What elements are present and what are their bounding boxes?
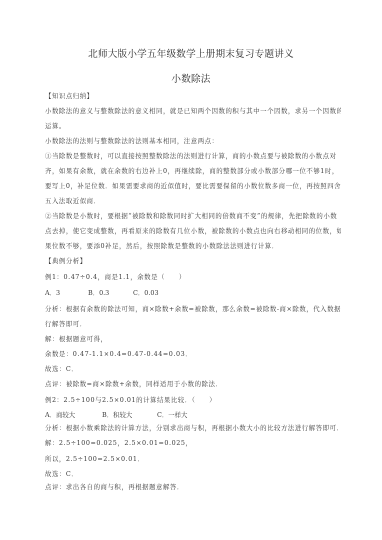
knowledge-line: 小数除法的法则与整数除法的法则基本相同，注意两点： — [45, 137, 341, 145]
example2-option-a: A．商较大 — [45, 411, 75, 419]
example2-analysis: 分析：根据小数乘除法的计算方法，分别求出商与积，再根据小数大小的比较方法进行解答… — [45, 424, 341, 432]
example2-conclusion: 所以，2.5÷100=2.5×0.01． — [45, 455, 341, 463]
knowledge-line: 要写上0，补足位数．如果需要求商的近似值时，要比需要保留的小数位数多商一位，再按… — [45, 182, 341, 190]
example2-answer: 故选：C． — [45, 470, 341, 478]
example2-question: 例2：2.5÷100与2.5×0.01的计算结果比较．（ ） — [45, 396, 341, 404]
example1-analysis: 分析：根据有余数的除法可知，商×除数+余数=被除数，那么余数=被除数-商×除数，… — [45, 305, 341, 313]
knowledge-line: 点去掉，使它变成整数，再看原来的除数有几位小数，被除数的小数点也向右移动相同的位… — [45, 227, 341, 235]
example1-option-b: B．0.3 — [88, 289, 109, 297]
example1-answer: 故选：C． — [45, 365, 341, 373]
document-page: 北师大版小学五年级数学上册期末复习专题讲义 小数除法 【知识点归纳】 小数除法的… — [0, 0, 382, 540]
example1-option-c: C．0.03 — [133, 289, 159, 297]
example1-options: A．3 B．0.3 C．0.03 — [45, 289, 345, 297]
knowledge-line: 小数除法的意义与整数除法的意义相同，就是已知两个因数的积与其中一个因数，求另一个… — [45, 107, 341, 115]
example2-solution: 解：2.5÷100=0.025，2.5×0.01=0.025， — [45, 439, 341, 447]
knowledge-line: ②当除数是小数时，要根据“被除数和除数同时扩大相同的倍数商不变”的规律，先把除数… — [45, 212, 341, 220]
document-title: 北师大版小学五年级数学上册期末复习专题讲义 — [0, 46, 382, 60]
example1-analysis: 行解答即可． — [45, 320, 341, 328]
example2-option-c: C．一样大 — [157, 411, 187, 419]
example1-question: 例1：0.47÷0.4，商是1.1，余数是（ ） — [45, 273, 341, 281]
document-subtitle: 小数除法 — [0, 71, 382, 85]
example2-comment: 点评：求出各自的商与积，再根据题意解答． — [45, 483, 341, 491]
knowledge-line: 齐，如果有余数，就在余数的右边补上0，再继续除，商的整数部分或小数部分哪一位不够… — [45, 167, 341, 175]
knowledge-line: 果位数不够，要添0补足，然后，按照除数是整数的小数除法法则进行计算． — [45, 242, 341, 250]
example1-solution: 余数是：0.47-1.1×0.4=0.47-0.44=0.03． — [45, 350, 341, 358]
knowledge-heading: 【知识点归纳】 — [45, 92, 341, 100]
knowledge-line: 五入法取近似商． — [45, 197, 341, 205]
examples-heading: 【典例分析】 — [45, 257, 341, 265]
example2-option-b: B．积较大 — [102, 411, 132, 419]
knowledge-line: ①当除数是整数时，可以直接按照整数除法的法则进行计算，商的小数点要与被除数的小数… — [45, 152, 341, 160]
example1-comment: 点评：被除数=商×除数+余数，同样适用于小数的除法． — [45, 380, 341, 388]
example1-solution-label: 解：根据题意可得， — [45, 335, 341, 343]
knowledge-line: 运算。 — [45, 122, 341, 130]
example2-options: A．商较大 B．积较大 C．一样大 — [45, 411, 345, 419]
example1-option-a: A．3 — [45, 289, 60, 297]
